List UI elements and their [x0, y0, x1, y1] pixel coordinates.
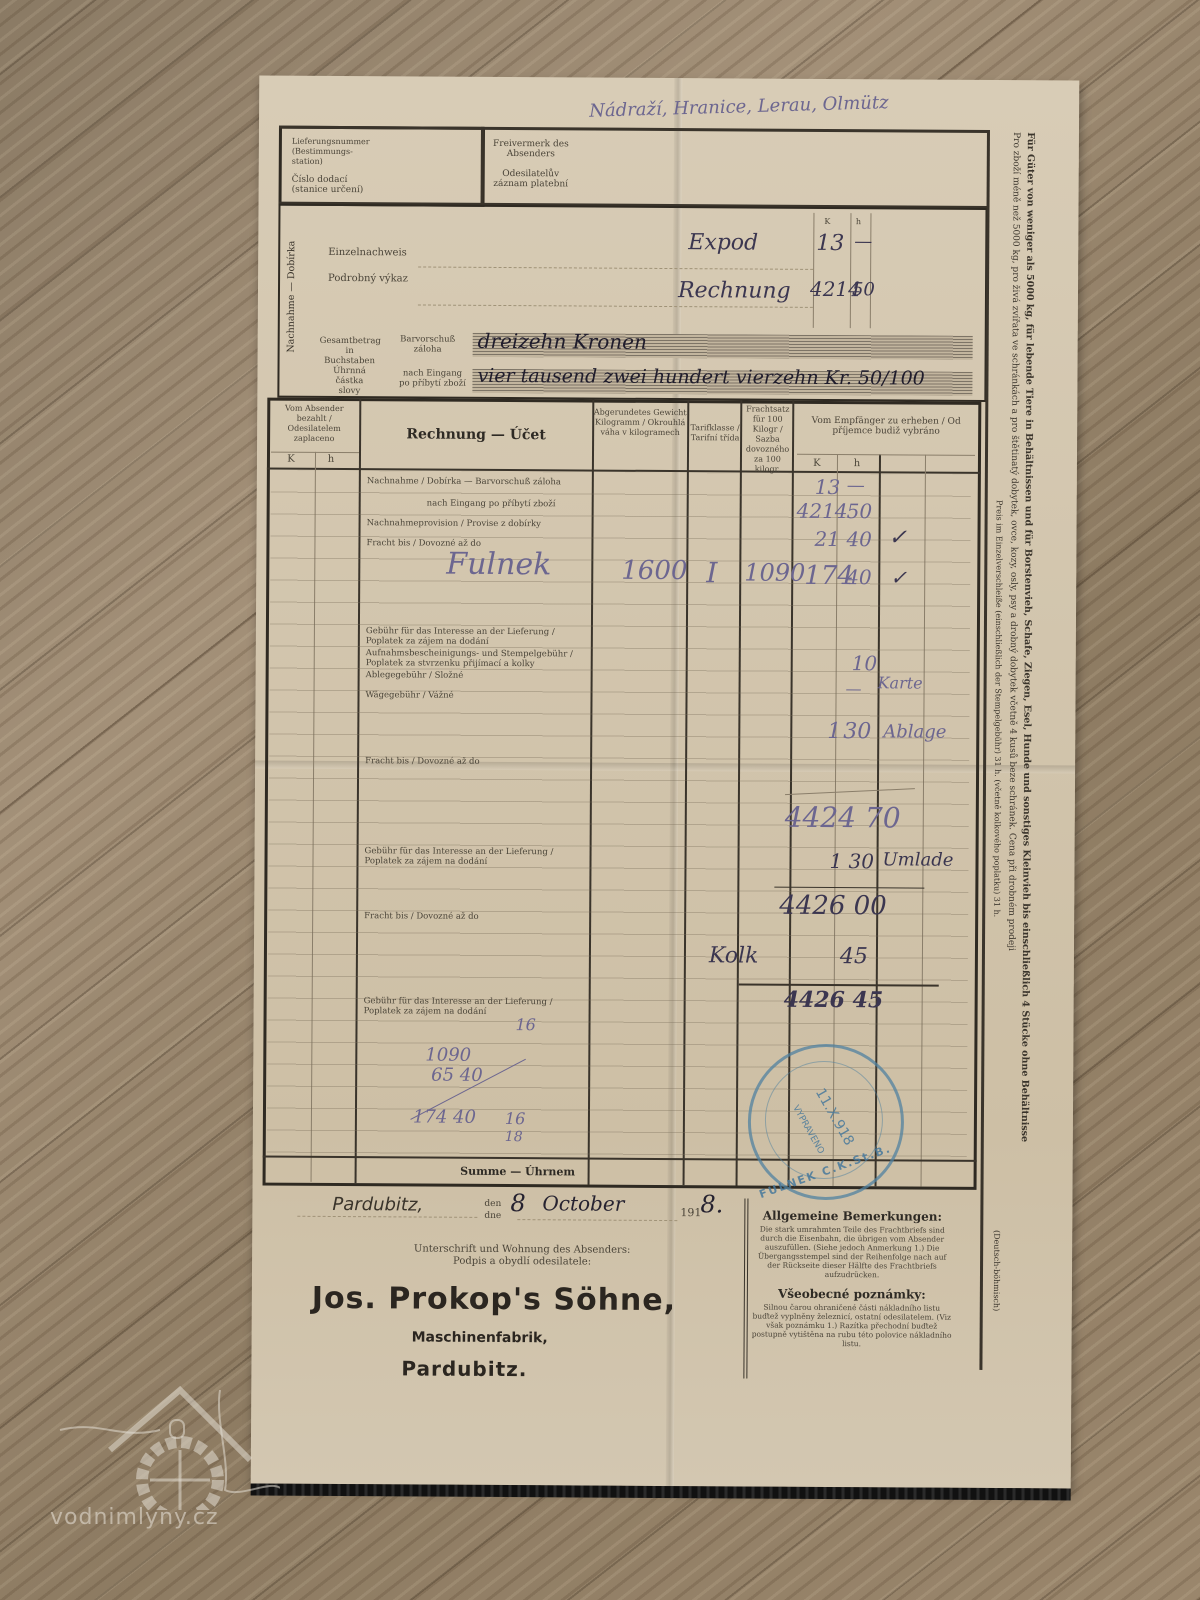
- checkmark: ✓: [888, 525, 907, 550]
- sender-mark-label-de: Freivermerk des Absenders: [491, 139, 571, 159]
- cod-item-h: —: [854, 231, 872, 252]
- scratch-calc: 16: [505, 1109, 525, 1128]
- remarks-title-de: Allgemeine Bemerkungen:: [748, 1209, 956, 1224]
- row-label-delivery-interest: Gebühr für das Interesse an der Lieferun…: [366, 626, 586, 647]
- subtotal-2: 4426 00: [779, 891, 887, 922]
- scratch-calc: 18: [505, 1129, 523, 1145]
- row-label-delivery-interest-3: Gebühr für das Interesse an der Lieferun…: [364, 996, 584, 1017]
- dne-label: dne: [484, 1211, 501, 1221]
- detail-label-cz: Podrobný výkaz: [328, 274, 408, 284]
- entry-h: 40: [846, 527, 872, 551]
- extra-1-amount: 1 30: [829, 849, 874, 873]
- advance-label: Barvorschuß záloha: [398, 334, 458, 354]
- scratch-calc: 16: [515, 1015, 535, 1034]
- row-label-weighing: Wägegebühr / Vážné: [365, 690, 453, 701]
- consignment-note: Nádraží, Hranice, Lerau, Olmütz Lieferun…: [251, 76, 1080, 1489]
- entry-h: —: [847, 475, 865, 496]
- after-arrival-label: nach Eingang po příbytí zboží: [397, 368, 467, 388]
- row-label-cod: Nachnahme / Dobírka — Barvorschuß záloha: [367, 476, 561, 487]
- entry-h: 40: [846, 565, 872, 589]
- entry-k: 4214: [797, 499, 848, 523]
- remarks-text-cz: Silnou čarou ohraničené části nákladního…: [748, 1301, 956, 1351]
- header-weight: Abgerundetes Gewicht Kilogramm / Okrouhl…: [593, 408, 687, 439]
- entry-note: Karte: [878, 673, 923, 692]
- label-line: in: [320, 346, 380, 356]
- label-line: Gesamtbetrag: [320, 336, 380, 346]
- divider: [481, 127, 484, 204]
- entry-h: 50: [847, 499, 873, 523]
- cod-side-label: Nachnahme — Dobírka: [286, 241, 298, 353]
- entry-k: 1: [827, 719, 841, 744]
- company-type: Maschinenfabrik,: [412, 1329, 548, 1346]
- remarks-text-de: Die stark umrahmten Teile des Frachtbrie…: [748, 1223, 956, 1282]
- entry-h: 30: [843, 719, 871, 744]
- entry-note: Ablage: [883, 721, 946, 742]
- station-number-box: Lieferungsnummer (Bestimmungs-station) Č…: [279, 126, 485, 207]
- label-line: nach Eingang: [397, 368, 467, 378]
- row-label-cod-commission: Nachnahmeprovision / Provise z dobírky: [367, 518, 541, 529]
- subtotal-1: 4424 70: [785, 801, 901, 835]
- header-account: Rechnung — Účet: [361, 426, 591, 443]
- sum-label: Summe — Úhrnem: [453, 1165, 583, 1179]
- header-rate: Frachtsatz für 100 Kilogr / Sazba dovozn…: [743, 404, 792, 474]
- row-label-after-arrival: nach Eingang po příbytí zboží: [427, 499, 556, 510]
- rate-value: 1090: [744, 558, 805, 586]
- extra-1-note: Umlade: [882, 849, 953, 870]
- extra-2-amount: 45: [840, 944, 868, 969]
- label-line: záloha: [398, 344, 458, 354]
- date-day: 8: [510, 1189, 525, 1217]
- total-in-words-label: Gesamtbetrag in Buchstaben Úhrnná částka…: [319, 336, 379, 396]
- entry-k: 13: [815, 475, 841, 499]
- header-paid-by-sender: Vom Absender bezahlt / Odesilatelem zapl…: [271, 404, 357, 445]
- watermark-logo: vodnimlyny.cz: [40, 1380, 280, 1540]
- date-month: October: [542, 1191, 624, 1215]
- scratch-calc: 65 40: [431, 1065, 483, 1086]
- checkmark: ✓: [890, 565, 907, 589]
- row-label-stamp-fee: Aufnahmsbescheinigungs- und Stempelgebüh…: [366, 648, 586, 669]
- weight-kg: 1600: [621, 556, 687, 586]
- cod-item-h: 50: [852, 279, 875, 300]
- remarks-title-cz: Všeobecné poznámky:: [748, 1287, 956, 1302]
- signature-label-de: Unterschrift und Wohnung des Absenders:: [332, 1244, 712, 1256]
- row-label-freight-2: Fracht bis / Dovozné až do: [365, 756, 480, 767]
- den-label: den: [484, 1199, 501, 1209]
- header-collect-h: h: [847, 459, 867, 469]
- row-label-freight-3: Fracht bis / Dovozné až do: [364, 911, 479, 922]
- language-note: (Deutsch-böhmisch): [992, 1230, 1001, 1311]
- grand-total: 4426 45: [784, 987, 884, 1014]
- after-arrival-words: vier tausend zwei hundert vierzehn Kr. 5…: [477, 365, 924, 390]
- entry-h: —: [846, 679, 862, 698]
- place-printed: Pardubitz,: [332, 1194, 423, 1216]
- label-line: Barvorschuß: [398, 334, 458, 344]
- company-name: Jos. Prokop's Söhne,: [312, 1281, 676, 1318]
- margin-text-de: Für Güter von weniger als 5000 kg, für l…: [1018, 132, 1036, 1312]
- label-line: Úhrnná částka: [319, 366, 379, 386]
- header-collect: Vom Empfänger zu erheben / Od příjemce b…: [797, 416, 975, 437]
- rule: [297, 1216, 477, 1218]
- label-line: po příbytí zboží: [397, 378, 467, 388]
- cod-item-label: Rechnung: [678, 278, 791, 304]
- header-collect-k: K: [807, 459, 827, 469]
- company-city: Pardubitz.: [401, 1356, 527, 1381]
- header-tariff-class: Tarifklasse / Tarifní třída: [690, 423, 740, 443]
- watermark-text: vodnimlyny.cz: [50, 1505, 219, 1530]
- detail-label-de: Einzelnachweis: [328, 248, 407, 258]
- destination-fulnek: Fulnek: [446, 547, 551, 583]
- extra-2-label: Kolk: [709, 943, 759, 968]
- label-line: Buchstaben: [320, 356, 380, 366]
- scratch-calc: 1090: [425, 1045, 471, 1066]
- header-h: h: [321, 455, 341, 465]
- station-box-label-de: Lieferungsnummer (Bestimmungs-station): [292, 137, 362, 167]
- top-handwritten-route: Nádraží, Hranice, Lerau, Olmütz: [589, 92, 889, 122]
- advance-words: dreizehn Kronen: [478, 329, 647, 354]
- entry-h: 10: [852, 651, 878, 675]
- cod-col-k: K: [812, 217, 842, 227]
- station-box-label-cz: Číslo dodací (stanice určení): [292, 175, 372, 195]
- label-line: slovy: [319, 386, 379, 396]
- rule: [517, 1219, 677, 1221]
- signature-label-cz: Podpis a obydlí odesilatele:: [332, 1256, 712, 1268]
- remarks-box: Allgemeine Bemerkungen: Die stark umrahm…: [743, 1198, 956, 1379]
- year-suffix: 8.: [700, 1190, 723, 1218]
- row-label-delivery-interest-2: Gebühr für das Interesse an der Lieferun…: [364, 846, 584, 867]
- cod-item-label: Expod: [688, 230, 758, 255]
- year-prefix: 191: [680, 1208, 701, 1218]
- margin-price-note: Preis im Einzelverschleiße (einschließli…: [992, 500, 1004, 1000]
- watermill-icon: [40, 1380, 280, 1510]
- entry-k: 21: [814, 527, 840, 551]
- cod-item-k: 13: [816, 231, 844, 256]
- tariff-class-value: I: [706, 556, 717, 589]
- header-k: K: [281, 455, 301, 465]
- sender-mark-label-cz: Odesilatelův záznam platební: [491, 169, 571, 189]
- railway-station-stamp: FULNEK C.K.St.B. VYPRAVENO 11.X.918: [747, 1044, 904, 1201]
- row-label-storage: Ablegegebühr / Složné: [366, 670, 464, 681]
- scratch-calc: 174 40: [413, 1106, 476, 1127]
